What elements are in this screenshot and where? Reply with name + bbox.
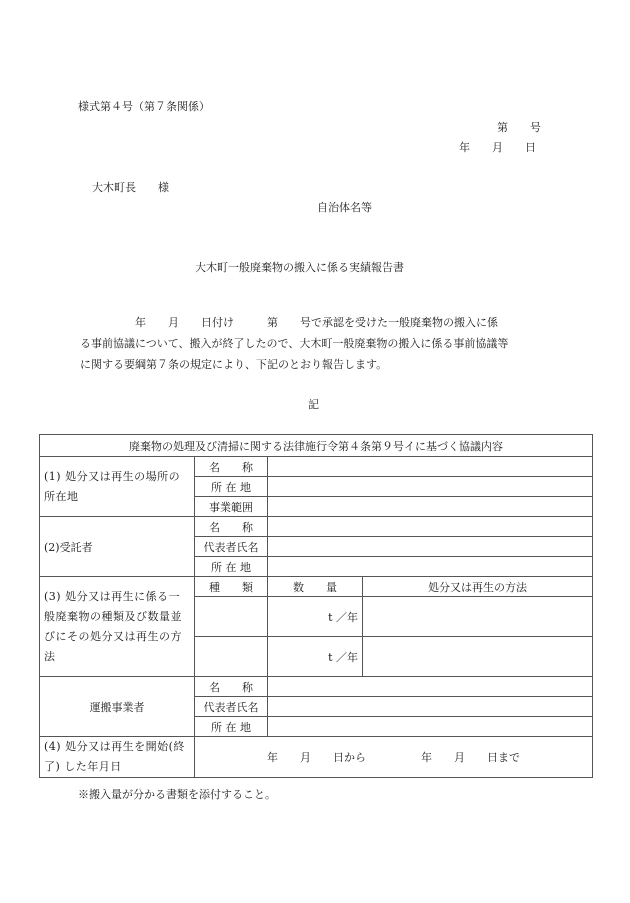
document-number: 第 号 — [497, 119, 541, 135]
ki-heading: 記 — [308, 396, 319, 412]
section1-name-input[interactable] — [268, 457, 593, 477]
col-type-header: 種 類 — [195, 577, 268, 597]
body-line: 年 月 日付け 第 号で承認を受けた一般廃棄物の搬入に係 — [80, 312, 550, 333]
consultation-table: 廃棄物の処理及び清掃に関する法律施行令第４条第９号イに基づく協議内容 (1) 処… — [39, 434, 593, 778]
field-label-representative: 代表者氏名 — [195, 697, 268, 717]
field-label-name: 名 称 — [195, 517, 268, 537]
field-label-representative: 代表者氏名 — [195, 537, 268, 557]
transport-name-input[interactable] — [268, 677, 593, 697]
transport-representative-input[interactable] — [268, 697, 593, 717]
method-input[interactable] — [363, 597, 593, 637]
type-input[interactable] — [195, 597, 268, 637]
section1-address-input[interactable] — [268, 477, 593, 497]
sender-name: 自治体名等 — [317, 199, 372, 215]
form-number: 様式第４号（第７条関係） — [78, 98, 210, 114]
section1-scope-input[interactable] — [268, 497, 593, 517]
section3-label: (3) 処分又は再生に係る一般廃棄物の種類及び数量並びにその処分又は再生の方法 — [40, 577, 195, 677]
field-label-name: 名 称 — [195, 677, 268, 697]
field-label-name: 名 称 — [195, 457, 268, 477]
field-label-address: 所 在 地 — [195, 477, 268, 497]
transport-address-input[interactable] — [268, 717, 593, 737]
section1-label: (1) 処分又は再生の場所の所在地 — [40, 457, 195, 517]
col-quantity-header: 数 量 — [268, 577, 363, 597]
quantity-input[interactable]: t ／年 — [268, 637, 363, 677]
section2-address-input[interactable] — [268, 557, 593, 577]
document-title: 大木町一般廃棄物の搬入に係る実績報告書 — [195, 259, 404, 275]
field-label-address: 所 在 地 — [195, 557, 268, 577]
method-input[interactable] — [363, 637, 593, 677]
field-label-address: 所 在 地 — [195, 717, 268, 737]
section2-label: (2)受託者 — [40, 517, 195, 577]
section4-label: (4) 処分又は再生を開始(終了) した年月日 — [40, 737, 195, 778]
addressee: 大木町長 様 — [92, 179, 169, 195]
section2-representative-input[interactable] — [268, 537, 593, 557]
period-input[interactable]: 年 月 日から 年 月 日まで — [195, 737, 593, 778]
field-label-business-scope: 事業範囲 — [195, 497, 268, 517]
type-input[interactable] — [195, 637, 268, 677]
col-method-header: 処分又は再生の方法 — [363, 577, 593, 597]
body-line: に関する要綱第７条の規定により、下記のとおり報告します。 — [80, 354, 550, 375]
body-line: る事前協議について、搬入が終了したので、大木町一般廃棄物の搬入に係る事前協議等 — [80, 333, 550, 354]
transport-label: 運搬事業者 — [40, 677, 195, 737]
section2-name-input[interactable] — [268, 517, 593, 537]
attachment-note: ※搬入量が分かる書類を添付すること。 — [78, 786, 276, 802]
report-date: 年 月 日 — [459, 139, 536, 155]
quantity-input[interactable]: t ／年 — [268, 597, 363, 637]
body-paragraph: 年 月 日付け 第 号で承認を受けた一般廃棄物の搬入に係 る事前協議について、搬… — [80, 312, 550, 375]
table-header: 廃棄物の処理及び清掃に関する法律施行令第４条第９号イに基づく協議内容 — [40, 435, 593, 457]
